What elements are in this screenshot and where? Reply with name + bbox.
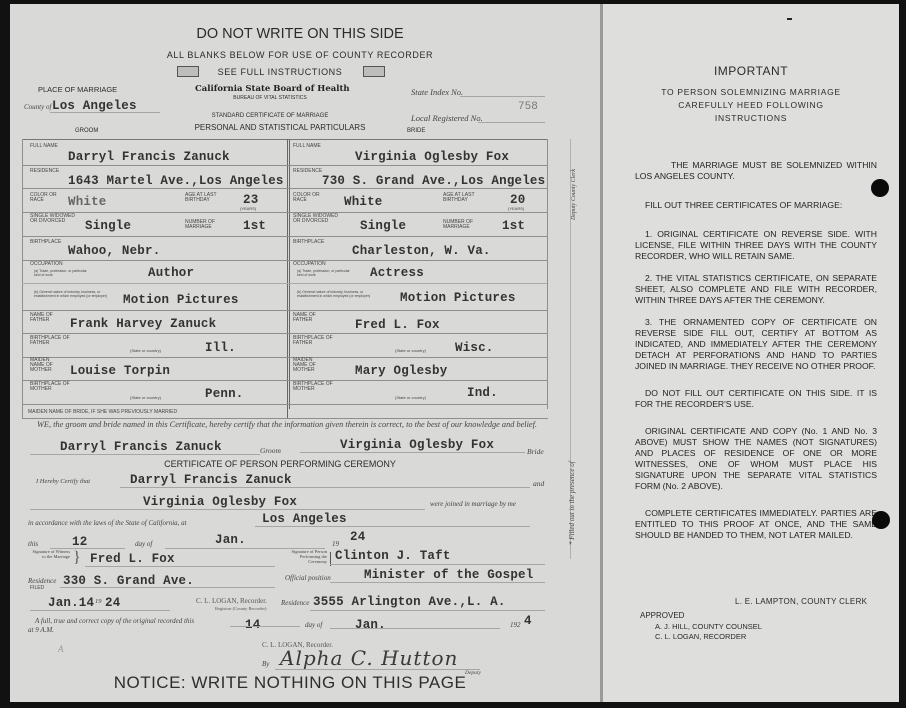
groom-mother-birthplace: Penn. bbox=[205, 387, 244, 401]
ceremony-party-groom: Darryl Francis Zanuck bbox=[130, 473, 292, 487]
groom-birthplace: Wahoo, Nebr. bbox=[68, 244, 160, 258]
bride-full-name-label: FULL NAME bbox=[293, 144, 321, 149]
groom-age: 23 bbox=[243, 193, 258, 207]
by-label: By bbox=[262, 660, 269, 668]
local-registered-number: 758 bbox=[518, 101, 538, 113]
groom-full-name-label: FULL NAME bbox=[30, 144, 58, 149]
instruction-three-certificates: FILL OUT THREE CERTIFICATES OF MARRIAGE: bbox=[635, 200, 877, 211]
copy-text: A full, true and correct copy of the ori… bbox=[35, 617, 194, 625]
groom-signature: Darryl Francis Zanuck bbox=[60, 440, 222, 454]
groom-occupation-a-label: (a) Trade, profession, or particular kin… bbox=[34, 269, 94, 277]
groom-residence-label: RESIDENCE bbox=[30, 169, 59, 174]
filed-year-prefix: 19 bbox=[95, 598, 102, 605]
approver-recorder: C. L. LOGAN, RECORDER bbox=[655, 632, 746, 641]
instruction-witnesses: ORIGINAL CERTIFICATE AND COPY (No. 1 AND… bbox=[635, 426, 877, 492]
bride-full-name: Virginia Oglesby Fox bbox=[355, 150, 509, 164]
ceremony-year: 24 bbox=[350, 530, 365, 544]
instruction-ornamented-copy: 3. THE ORNAMENTED COPY OF CERTIFICATE ON… bbox=[635, 317, 877, 372]
instruction-recorder-side: DO NOT FILL OUT CERTIFICATE ON THIS SIDE… bbox=[635, 388, 877, 410]
bride-occupation-label: OCCUPATION bbox=[293, 262, 326, 267]
copy-day: 14 bbox=[245, 618, 260, 632]
bride-age-label: AGE AT LAST BIRTHDAY bbox=[443, 193, 488, 203]
bride-mother-birthplace: Ind. bbox=[467, 386, 498, 400]
officiant-residence-label: Residence bbox=[281, 599, 309, 607]
groom-occupation-label: OCCUPATION bbox=[30, 262, 63, 267]
solemnizing-subtitle-line-2: CAREFULLY HEED FOLLOWING bbox=[603, 100, 899, 110]
officiant-name: Clinton J. Taft bbox=[335, 549, 451, 563]
instruction-county: THE MARRIAGE MUST BE SOLEMNIZED WITHIN L… bbox=[635, 160, 877, 182]
copy-year: 4 bbox=[524, 614, 532, 628]
state-country-label: (State or country) bbox=[395, 395, 426, 400]
groom-heading: GROOM bbox=[75, 128, 98, 134]
copy-day-of-label: day of bbox=[305, 621, 322, 629]
filed-label: FILED bbox=[30, 586, 44, 591]
copy-month: Jan. bbox=[355, 618, 386, 632]
state-country-label: (State or country) bbox=[395, 348, 426, 353]
bride-occupation-a-label: (a) Trade, profession, or particular kin… bbox=[297, 269, 357, 277]
groom-marital-label: SINGLE WIDOWED OR DIVORCED bbox=[30, 214, 75, 224]
bride-birthplace: Charleston, W. Va. bbox=[352, 244, 491, 258]
groom-full-name: Darryl Francis Zanuck bbox=[68, 150, 230, 164]
place-of-marriage-label: PLACE OF MARRIAGE bbox=[38, 85, 117, 94]
deputy-county-clerk-note: Deputy County Clerk bbox=[571, 169, 577, 220]
do-not-write-heading: DO NOT WRITE ON THIS SIDE bbox=[150, 26, 450, 42]
groom-marital-status: Single bbox=[85, 219, 131, 233]
copy-time: at 9 A.M. bbox=[28, 626, 54, 634]
bride-mother-birthplace-label: BIRTHPLACE OF MOTHER bbox=[293, 382, 338, 392]
standard-certificate-label: STANDARD CERTIFICATE OF MARRIAGE bbox=[180, 113, 360, 119]
bride-signature-label: Bride bbox=[527, 447, 544, 456]
bride-father-name: Fred L. Fox bbox=[355, 318, 440, 332]
groom-occupation: Author bbox=[148, 266, 194, 280]
bride-marital-label: SINGLE WIDOWED OR DIVORCED bbox=[293, 214, 338, 224]
bride-industry: Motion Pictures bbox=[400, 291, 516, 305]
official-position-label: Official position bbox=[285, 574, 331, 582]
year-prefix: 19 bbox=[332, 540, 339, 548]
groom-color: White bbox=[68, 195, 107, 209]
groom-father-birthplace-label: BIRTHPLACE OF FATHER bbox=[30, 336, 75, 346]
bride-residence-label: RESIDENCE bbox=[293, 169, 322, 174]
state-index-label: State Index No. bbox=[411, 87, 463, 97]
bride-age: 20 bbox=[510, 193, 525, 207]
approved-label: APPROVED bbox=[640, 611, 684, 620]
this-label: this bbox=[28, 540, 38, 548]
bride-father-label: NAME OF FATHER bbox=[293, 313, 328, 323]
groom-color-label: COLOR OR RACE bbox=[30, 193, 65, 203]
groom-father-label: NAME OF FATHER bbox=[30, 313, 65, 323]
bride-years-label: (Years) bbox=[508, 206, 524, 211]
ceremony-day: 12 bbox=[72, 535, 87, 549]
witness-label: Signature of Witness to the Marriage bbox=[28, 549, 70, 559]
filed-date: Jan.14 bbox=[48, 596, 94, 610]
bride-industry-label: (b) General nature of industry, business… bbox=[297, 290, 377, 298]
bride-marital-status: Single bbox=[360, 219, 406, 233]
board-of-health-title: California State Board of Health bbox=[195, 84, 345, 94]
bride-heading: BRIDE bbox=[407, 128, 425, 134]
bride-occupation: Actress bbox=[370, 266, 424, 280]
bride-color: White bbox=[344, 195, 383, 209]
county-clerk-signature: L. E. LAMPTON, COUNTY CLERK bbox=[735, 597, 867, 606]
witness-residence: 330 S. Grand Ave. bbox=[63, 574, 194, 588]
footer-notice: NOTICE: WRITE NOTHING ON THIS PAGE bbox=[60, 673, 520, 693]
state-country-label: (State or country) bbox=[130, 348, 161, 353]
local-registered-label: Local Registered No. bbox=[411, 113, 483, 123]
groom-industry: Motion Pictures bbox=[123, 293, 239, 307]
binder-hole-icon bbox=[872, 511, 890, 529]
binder-hole-icon bbox=[871, 179, 889, 197]
recorder-name: C. L. LOGAN, Recorder. bbox=[196, 597, 267, 605]
bride-mother-name: Mary Oglesby bbox=[355, 364, 447, 378]
day-of-label: day of bbox=[135, 540, 152, 548]
groom-marriage-number-label: NUMBER OF MARRIAGE bbox=[185, 220, 230, 230]
deputy-signature: Alpha C. Hutton bbox=[280, 646, 458, 670]
particulars-heading: PERSONAL AND STATISTICAL PARTICULARS bbox=[165, 123, 395, 132]
groom-mother-birthplace-label: BIRTHPLACE OF MOTHER bbox=[30, 382, 75, 392]
groom-industry-label: (b) General nature of industry, business… bbox=[34, 290, 114, 298]
affirmation-text: WE, the groom and bride named in this Ce… bbox=[25, 420, 550, 430]
groom-father-name: Frank Harvey Zanuck bbox=[70, 317, 216, 331]
groom-age-label: AGE AT LAST BIRTHDAY bbox=[185, 193, 230, 203]
brace-icon: } bbox=[73, 549, 81, 567]
bride-residence: 730 S. Grand Ave.,Los Angeles bbox=[322, 174, 545, 188]
see-full-instructions[interactable]: SEE FULL INSTRUCTIONS bbox=[205, 67, 355, 77]
pointing-hand-icon bbox=[177, 66, 199, 77]
marginal-mark: A bbox=[58, 644, 64, 654]
instruction-vital-statistics: 2. THE VITAL STATISTICS CERTIFICATE, ON … bbox=[635, 273, 877, 306]
filled-presence-note: * Filled out in the presence of bbox=[568, 461, 576, 545]
bride-color-label: COLOR OR RACE bbox=[293, 193, 328, 203]
instruction-original: 1. ORIGINAL CERTIFICATE ON REVERSE SIDE.… bbox=[635, 229, 877, 262]
important-heading: IMPORTANT bbox=[603, 64, 899, 78]
copy-year-prefix: 192 bbox=[510, 621, 521, 629]
state-country-label: (State or country) bbox=[130, 395, 161, 400]
ceremony-heading: CERTIFICATE OF PERSON PERFORMING CEREMON… bbox=[110, 459, 450, 469]
bride-birthplace-label: BIRTHPLACE bbox=[293, 240, 324, 245]
joined-label: were joined in marriage by me bbox=[430, 500, 516, 508]
county-recorder-subtitle: ALL BLANKS BELOW FOR USE OF COUNTY RECOR… bbox=[110, 50, 490, 60]
groom-mother-label: MAIDEN NAME OF MOTHER bbox=[30, 358, 65, 373]
officiant-residence: 3555 Arlington Ave.,L. A. bbox=[313, 595, 506, 609]
instruction-complete-immediately: COMPLETE CERTIFICATES IMMEDIATELY. PARTI… bbox=[635, 508, 877, 541]
certify-label: I Hereby Certify that bbox=[36, 478, 90, 485]
groom-father-birthplace: Ill. bbox=[205, 341, 236, 355]
county-label: County of bbox=[24, 103, 51, 111]
solemnizing-subtitle-line-3: INSTRUCTIONS bbox=[603, 113, 899, 123]
bride-marriage-number-label: NUMBER OF MARRIAGE bbox=[443, 220, 488, 230]
instructions-body: THE MARRIAGE MUST BE SOLEMNIZED WITHIN L… bbox=[635, 160, 877, 552]
groom-birthplace-label: BIRTHPLACE bbox=[30, 240, 61, 245]
bride-signature: Virginia Oglesby Fox bbox=[340, 438, 494, 452]
groom-mother-name: Louise Torpin bbox=[70, 364, 170, 378]
bride-previous-name-label: MAIDEN NAME OF BRIDE, IF SHE WAS PREVIOU… bbox=[28, 410, 177, 415]
bride-mother-label: MAIDEN NAME OF MOTHER bbox=[293, 358, 328, 373]
bride-marriage-number: 1st bbox=[502, 219, 525, 233]
ceremony-party-bride: Virginia Oglesby Fox bbox=[143, 495, 297, 509]
approver-county-counsel: A. J. HILL, COUNTY COUNSEL bbox=[655, 622, 762, 631]
bride-father-birthplace: Wisc. bbox=[455, 341, 494, 355]
officiant-label: Signature of Person Performing the Cerem… bbox=[285, 549, 327, 564]
groom-marriage-number: 1st bbox=[243, 219, 266, 233]
official-position: Minister of the Gospel bbox=[364, 568, 533, 582]
witness-residence-label: Residence bbox=[28, 577, 56, 585]
solemnizing-subtitle-line-1: TO PERSON SOLEMNIZING MARRIAGE bbox=[603, 87, 899, 97]
bureau-label: BUREAU OF VITAL STATISTICS bbox=[195, 95, 345, 101]
registrar-label: Registrar (County Recorder) bbox=[215, 606, 266, 611]
filed-year: 24 bbox=[105, 596, 120, 610]
and-label: and bbox=[533, 479, 544, 488]
ceremony-month: Jan. bbox=[215, 533, 246, 547]
groom-signature-label: Groom bbox=[260, 446, 281, 455]
pointing-hand-icon bbox=[363, 66, 385, 77]
county-value: Los Angeles bbox=[52, 99, 137, 113]
ceremony-place: Los Angeles bbox=[262, 512, 347, 526]
ink-mark bbox=[787, 18, 792, 20]
groom-years-label: (Years) bbox=[240, 206, 256, 211]
witness-name: Fred L. Fox bbox=[90, 552, 175, 566]
groom-residence: 1643 Martel Ave.,Los Angeles bbox=[68, 174, 284, 188]
accordance-label: in accordance with the laws of the State… bbox=[28, 519, 187, 527]
bride-father-birthplace-label: BIRTHPLACE OF FATHER bbox=[293, 336, 338, 346]
